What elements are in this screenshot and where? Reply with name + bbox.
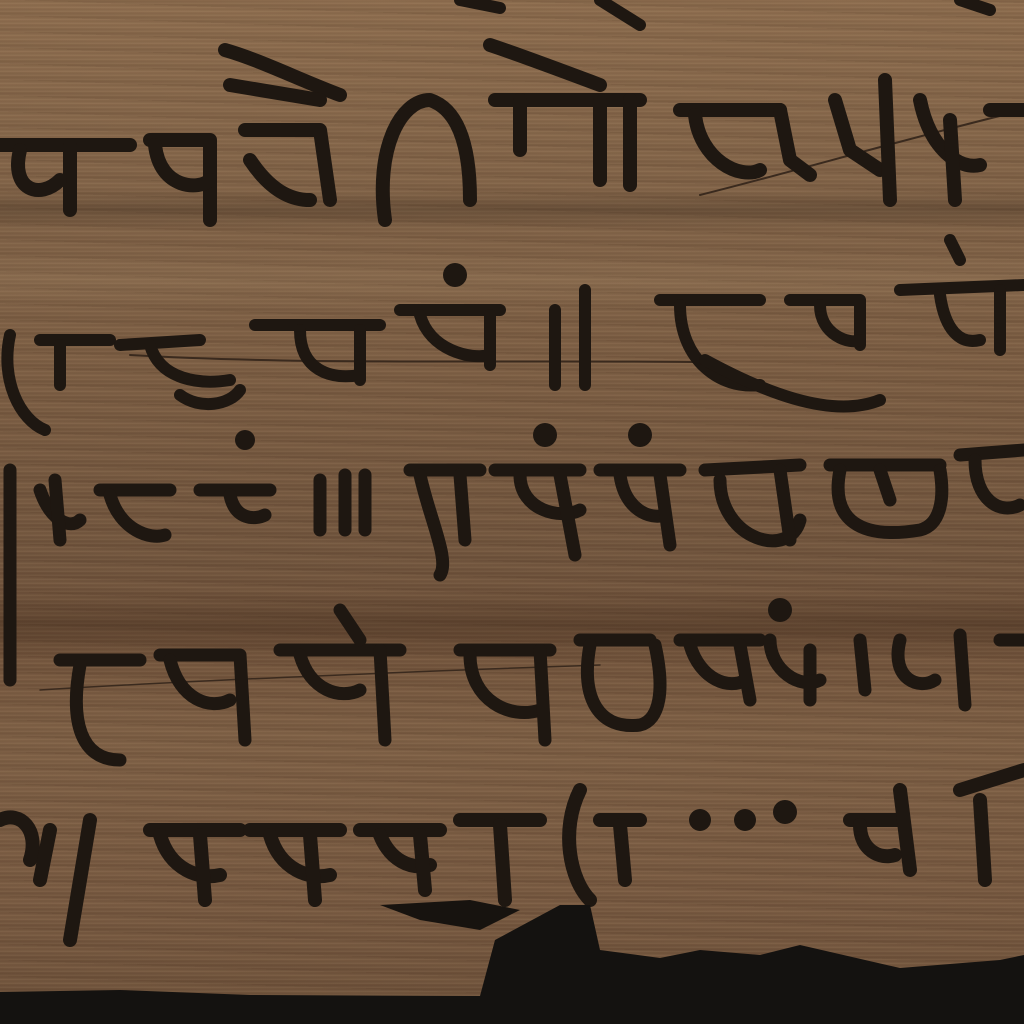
torn-edge: [0, 0, 1024, 1024]
manuscript-photo: [0, 0, 1024, 1024]
